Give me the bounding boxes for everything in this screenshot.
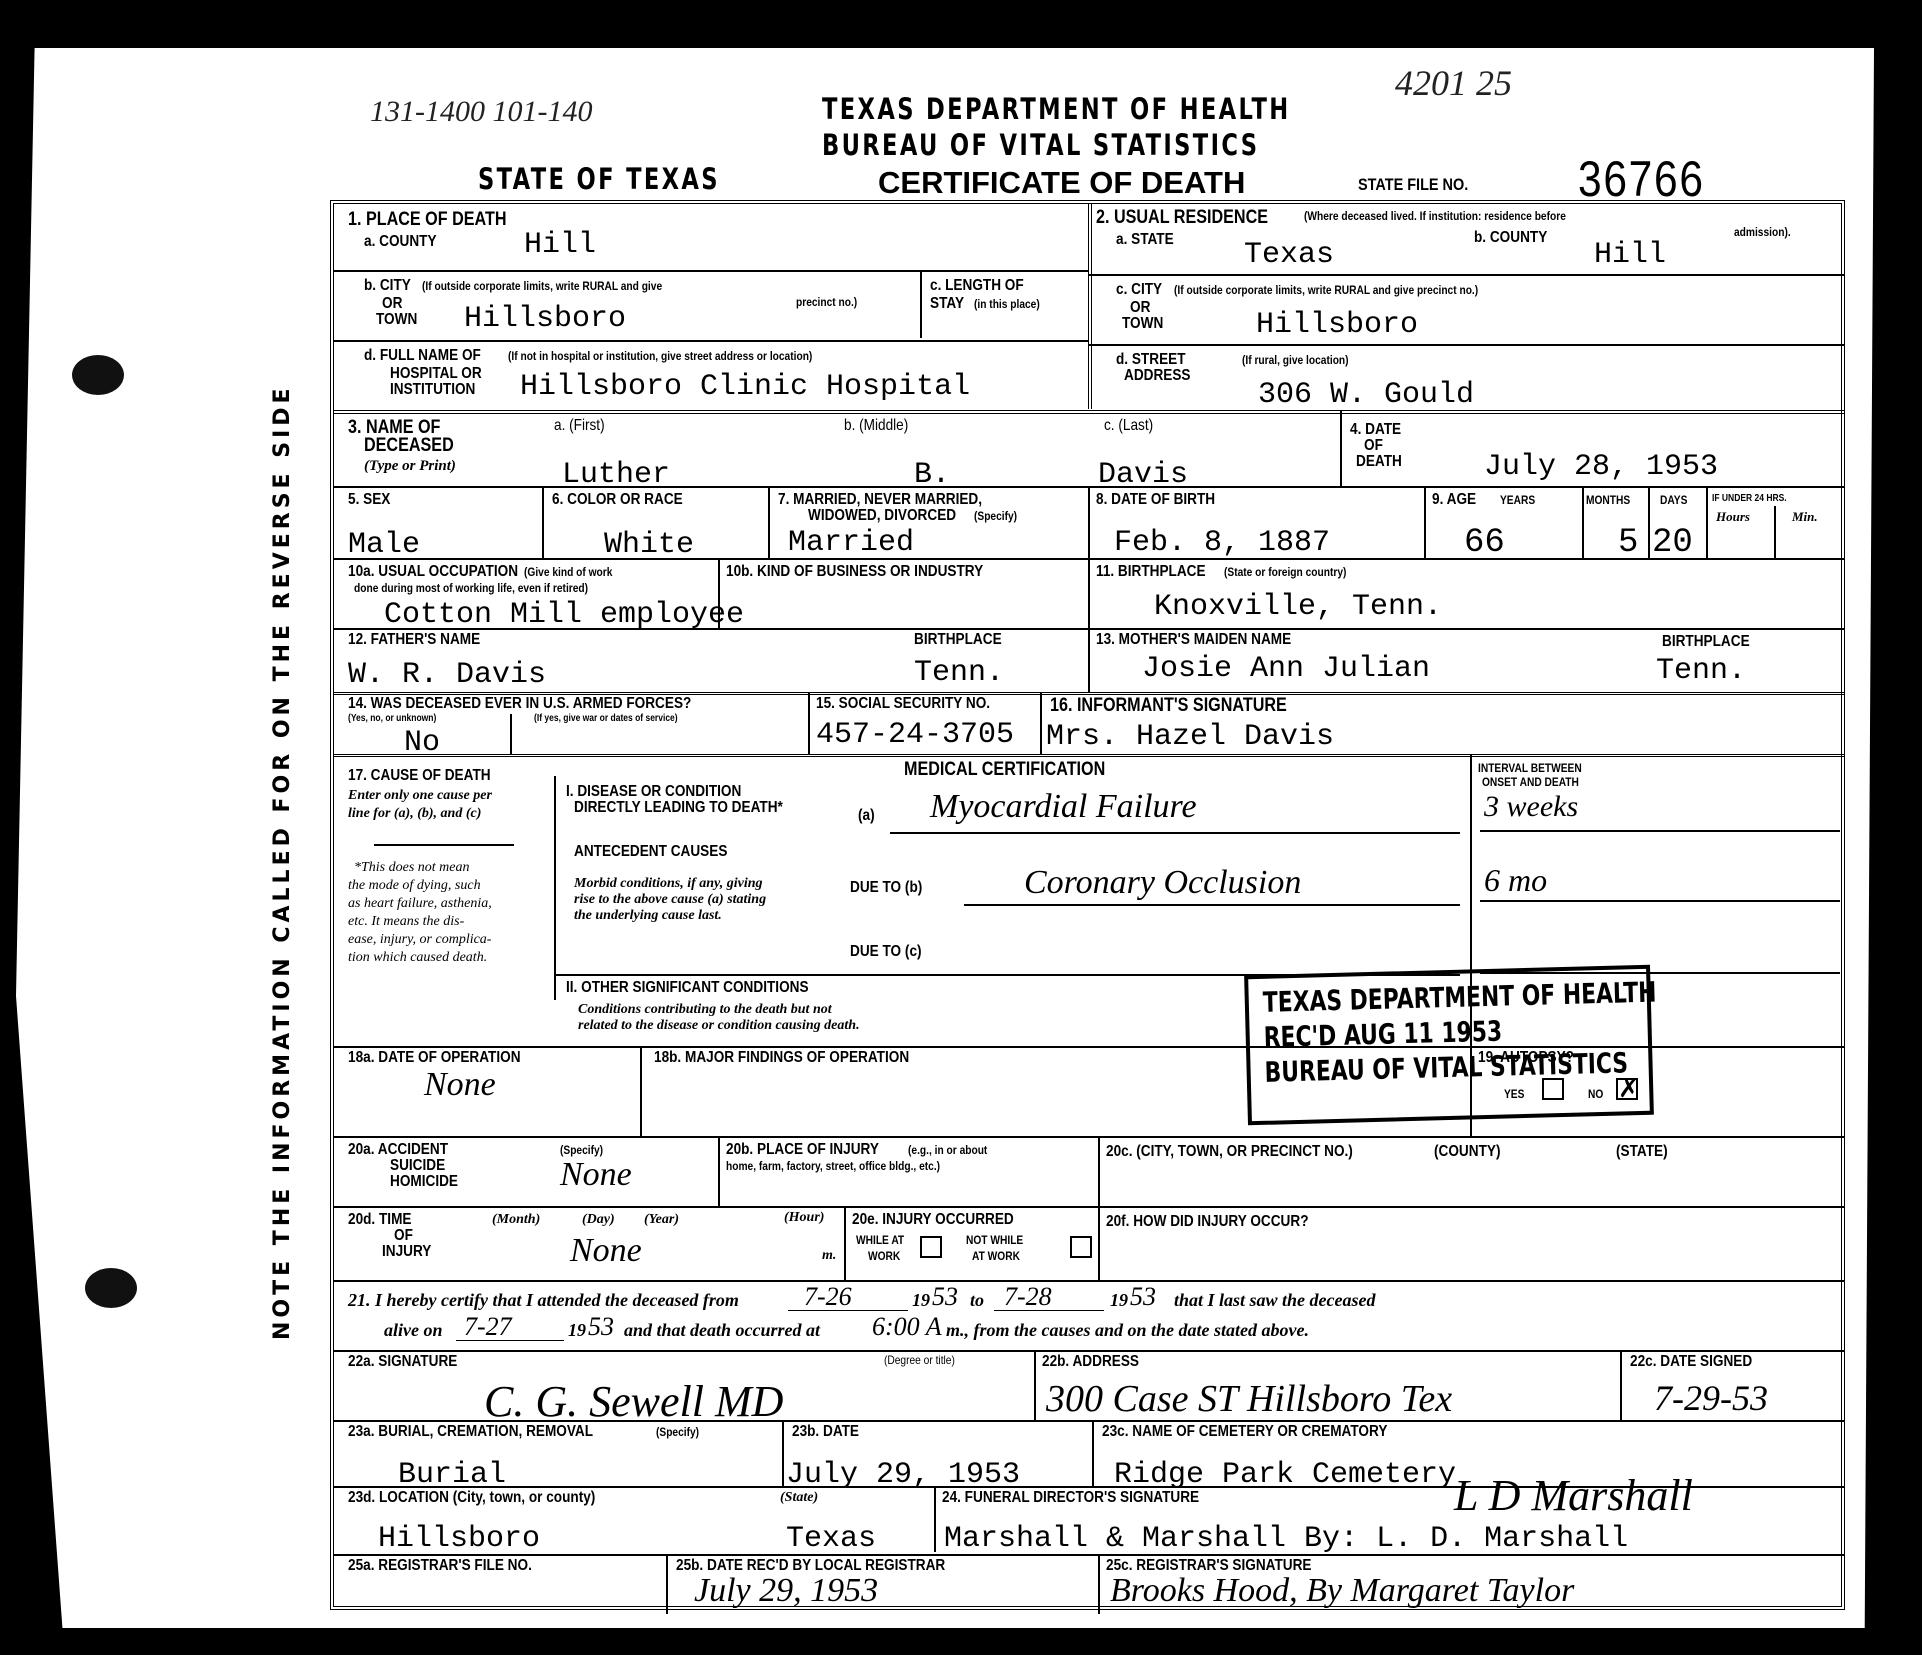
cemetery-label: 23c. NAME OF CEMETERY OR CREMATORY (1102, 1424, 1387, 1441)
cause-b-field[interactable]: Coronary Occlusion (1024, 866, 1301, 900)
hours-label: Hours (1716, 510, 1750, 525)
injury-county-label: (COUNTY) (1434, 1144, 1500, 1161)
burial-type-label: 23a. BURIAL, CREMATION, REMOVAL (348, 1424, 593, 1441)
birthplace-label: 11. BIRTHPLACE (1096, 564, 1206, 581)
res-city-label: c. CITY (1116, 282, 1162, 299)
stay-label: c. LENGTH OF (930, 278, 1024, 295)
industry-label: 10b. KIND OF BUSINESS OR INDUSTRY (726, 564, 983, 581)
informant-field[interactable]: Mrs. Hazel Davis (1046, 722, 1334, 752)
date-signed-label: 22c. DATE SIGNED (1630, 1354, 1752, 1371)
cause-a-label: (a) (858, 808, 875, 825)
cause-note-1: Enter only one cause per (348, 788, 492, 804)
informant-label: 16. INFORMANT'S SIGNATURE (1050, 696, 1287, 716)
burial-state-label: (State) (780, 1490, 818, 1506)
injury-place-note: (e.g., in or about (908, 1144, 987, 1157)
hour-label: (Hour) (784, 1210, 824, 1226)
marital-note: (Specify) (974, 510, 1017, 523)
not-work-label-2: AT WORK (972, 1250, 1020, 1263)
last-name-label: c. (Last) (1104, 418, 1153, 435)
armed-note: (Yes, no, or unknown) (348, 714, 436, 725)
degree-label: (Degree or title) (884, 1354, 955, 1367)
cause-note-2: line for (a), (b), and (c) (348, 806, 481, 822)
res-state-field[interactable]: Texas (1244, 240, 1334, 270)
autopsy-no-checkbox[interactable]: ✗ (1616, 1078, 1638, 1100)
injury-place-label: 20b. PLACE OF INJURY (726, 1142, 879, 1159)
usual-residence-title: 2. USUAL RESIDENCE (1096, 208, 1268, 228)
other-conditions-label: II. OTHER SIGNIFICANT CONDITIONS (566, 980, 809, 997)
reverse-side-note: NOTE THE INFORMATION CALLED FOR ON THE R… (270, 384, 295, 1340)
funeral-director-label: 24. FUNERAL DIRECTOR'S SIGNATURE (942, 1490, 1199, 1507)
under-24-label: IF UNDER 24 HRS. (1712, 494, 1787, 505)
time-label-3: INJURY (382, 1244, 431, 1261)
res-city-field[interactable]: Hillsboro (1256, 310, 1418, 340)
birthplace-note: (State or foreign country) (1224, 566, 1346, 579)
physician-address-label: 22b. ADDRESS (1042, 1354, 1139, 1371)
year-label: (Year) (644, 1212, 679, 1228)
while-at-work-checkbox[interactable] (920, 1236, 942, 1258)
last-seen-year-field[interactable]: 53 (588, 1314, 614, 1340)
due-to-c-label: DUE TO (c) (850, 944, 922, 961)
burial-specify-note: (Specify) (656, 1426, 699, 1439)
sex-label: 5. SEX (348, 492, 390, 509)
antecedent-note-3: the underlying cause last. (574, 908, 722, 924)
op-date-field[interactable]: None (424, 1068, 496, 1102)
certificate-title: CERTIFICATE OF DEATH (878, 165, 1245, 201)
burial-location-field[interactable]: Hillsboro (378, 1524, 540, 1554)
physician-address-field[interactable]: 300 Case ST Hillsboro Tex (1046, 1380, 1452, 1418)
month-label: (Month) (492, 1212, 540, 1228)
injury-state-label: (STATE) (1616, 1144, 1668, 1161)
burial-state-field[interactable]: Texas (786, 1524, 876, 1554)
date-of-birth-field[interactable]: Feb. 8, 1887 (1114, 528, 1330, 558)
father-birthplace-field[interactable]: Tenn. (914, 658, 1004, 688)
res-county-label: b. COUNTY (1474, 230, 1547, 247)
funeral-director-signature[interactable]: L D Marshall (1454, 1474, 1693, 1518)
res-state-label: a. STATE (1116, 232, 1174, 249)
name-label-2: DECEASED (364, 436, 454, 456)
birthplace-field[interactable]: Knoxville, Tenn. (1154, 592, 1442, 622)
dod-label-3: DEATH (1356, 454, 1402, 471)
date-signed-field[interactable]: 7-29-53 (1654, 1380, 1768, 1416)
date-of-death-field[interactable]: July 28, 1953 (1484, 452, 1718, 482)
state-file-label: STATE FILE NO. (1358, 176, 1468, 194)
race-label: 6. COLOR OR RACE (552, 492, 683, 509)
stay-note: (in this place) (974, 298, 1040, 311)
injury-time-field[interactable]: None (570, 1234, 642, 1268)
months-label: MONTHS (1586, 494, 1630, 507)
footnote-5: ease, injury, or complica- (348, 932, 491, 948)
antecedent-note-1: Morbid conditions, if any, giving (574, 876, 763, 892)
interval-a-field[interactable]: 3 weeks (1484, 792, 1578, 822)
ssn-label: 15. SOCIAL SECURITY NO. (816, 696, 990, 713)
father-name-field[interactable]: W. R. Davis (348, 660, 546, 690)
other-note-2: related to the disease or condition caus… (578, 1018, 860, 1034)
certify-line1-b: that I last saw the deceased (1174, 1290, 1376, 1311)
stay-label-2: STAY (930, 296, 964, 313)
first-name-label: a. (First) (554, 418, 605, 435)
name-note: (Type or Print) (364, 458, 456, 475)
injury-type-field[interactable]: None (560, 1158, 632, 1192)
autopsy-yes-checkbox[interactable] (1542, 1078, 1564, 1100)
attended-to-year-field[interactable]: 53 (1130, 1284, 1156, 1310)
dept-title: TEXAS DEPARTMENT OF HEALTH (822, 92, 1291, 126)
hospital-label-3: INSTITUTION (390, 382, 475, 399)
interval-label-2: ONSET AND DEATH (1482, 776, 1579, 789)
homicide-label: HOMICIDE (390, 1174, 458, 1191)
received-stamp: TEXAS DEPARTMENT OF HEALTH REC'D AUG 11 … (1244, 965, 1654, 1126)
time-of-death-field[interactable]: 6:00 A (872, 1314, 942, 1340)
injury-city-label: 20c. (CITY, TOWN, OR PRECINCT NO.) (1106, 1144, 1353, 1161)
death-county-field[interactable]: Hill (524, 230, 596, 260)
antecedent-note-2: rise to the above cause (a) stating (574, 892, 766, 908)
due-to-b-label: DUE TO (b) (850, 880, 922, 897)
residence-note: (Where deceased lived. If institution: r… (1304, 210, 1566, 223)
day-label: (Day) (582, 1212, 615, 1228)
father-label: 12. FATHER'S NAME (348, 632, 480, 649)
ssn-field[interactable]: 457-24-3705 (816, 720, 1014, 750)
attended-to-field[interactable]: 7-28 (1004, 1284, 1052, 1310)
signature-label: 22a. SIGNATURE (348, 1354, 457, 1371)
res-street-field[interactable]: 306 W. Gould (1258, 380, 1474, 410)
city-note: (If outside corporate limits, write RURA… (422, 280, 662, 293)
occupation-field[interactable]: Cotton Mill employee (384, 600, 744, 630)
not-work-label: NOT WHILE (966, 1234, 1023, 1247)
street-label-2: ADDRESS (1124, 368, 1190, 385)
punch-hole (72, 355, 124, 395)
middle-name-label: b. (Middle) (844, 418, 908, 435)
age-label: 9. AGE (1432, 492, 1476, 509)
specify-note: (Specify) (560, 1144, 603, 1157)
to-label: to (970, 1290, 984, 1311)
while-work-label-2: WORK (868, 1250, 900, 1263)
town-label: TOWN (1122, 316, 1163, 333)
father-birthplace-label: BIRTHPLACE (914, 632, 1002, 649)
year-prefix: 19 (1110, 1290, 1128, 1311)
armed-note-2: (If yes, give war or dates of service) (534, 714, 678, 725)
footnote-2: the mode of dying, such (348, 878, 481, 894)
min-label: Min. (1792, 510, 1818, 525)
town-label: TOWN (376, 312, 417, 329)
footnote-1: *This does not mean (354, 860, 470, 876)
antecedent-label: ANTECEDENT CAUSES (574, 844, 727, 861)
punch-hole (85, 1268, 137, 1308)
days-label: DAYS (1660, 494, 1687, 507)
city-note-2: precinct no.) (796, 296, 857, 309)
res-county-field[interactable]: Hill (1594, 240, 1666, 270)
year-prefix: 19 (912, 1290, 930, 1311)
sex-field[interactable]: Male (348, 530, 420, 560)
marital-field[interactable]: Married (788, 528, 914, 558)
hospital-field[interactable]: Hillsboro Clinic Hospital (520, 372, 970, 402)
registrar-date-field[interactable]: July 29, 1953 (694, 1574, 878, 1608)
injury-place-note-2: home, farm, factory, street, office bldg… (726, 1160, 940, 1173)
years-label: YEARS (1500, 494, 1535, 507)
death-city-field[interactable]: Hillsboro (464, 304, 626, 334)
occupation-note-2: done during most of working life, even i… (354, 582, 588, 595)
footnote-3: as heart failure, asthenia, (348, 896, 492, 912)
while-work-label: WHILE AT (856, 1234, 904, 1247)
attended-from-field[interactable]: 7-26 (804, 1284, 852, 1310)
age-years-field[interactable]: 66 (1464, 526, 1505, 560)
place-of-death-title: 1. PLACE OF DEATH (348, 210, 507, 230)
mother-birthplace-field[interactable]: Tenn. (1656, 656, 1746, 686)
race-field[interactable]: White (604, 530, 694, 560)
city-label: b. CITY (364, 278, 411, 295)
medical-certification-title: MEDICAL CERTIFICATION (904, 760, 1105, 780)
registrar-signature-field[interactable]: Brooks Hood, By Margaret Taylor (1110, 1574, 1574, 1608)
state-title: STATE OF TEXAS (478, 162, 720, 196)
other-note-1: Conditions contributing to the death but… (578, 1002, 832, 1018)
residence-note-2: admission). (1734, 226, 1791, 239)
how-injury-label: 20f. HOW DID INJURY OCCUR? (1106, 1214, 1309, 1231)
autopsy-label: 19. AUTOPSY? (1478, 1050, 1574, 1067)
autopsy-yes-label: YES (1504, 1088, 1524, 1101)
injury-occurred-label: 20e. INJURY OCCURRED (852, 1212, 1014, 1229)
autopsy-no-label: NO (1588, 1088, 1603, 1101)
interval-label: INTERVAL BETWEEN (1478, 762, 1582, 775)
certify-line2-a: alive on (384, 1320, 443, 1341)
footnote-6: tion which caused death. (348, 950, 487, 966)
armed-forces-label: 14. WAS DECEASED EVER IN U.S. ARMED FORC… (348, 696, 691, 713)
certify-line2-b: and that death occurred at (624, 1320, 820, 1341)
marital-label-2: WIDOWED, DIVORCED (808, 508, 956, 525)
op-date-label: 18a. DATE OF OPERATION (348, 1050, 521, 1067)
physician-signature[interactable]: C. G. Sewell MD (484, 1380, 783, 1424)
registrar-file-label: 25a. REGISTRAR'S FILE NO. (348, 1558, 532, 1575)
interval-b-field[interactable]: 6 mo (1484, 864, 1547, 896)
age-days-field[interactable]: 20 (1652, 526, 1693, 560)
last-seen-field[interactable]: 7-27 (464, 1314, 512, 1340)
handwritten-note-right: 4201 25 (1395, 62, 1512, 104)
burial-location-label: 23d. LOCATION (City, town, or county) (348, 1490, 595, 1507)
mother-name-field[interactable]: Josie Ann Julian (1142, 654, 1430, 684)
footnote-4: etc. It means the dis- (348, 914, 464, 930)
occupation-note: (Give kind of work (524, 566, 612, 579)
m-label: m. (822, 1248, 836, 1264)
op-findings-label: 18b. MAJOR FINDINGS OF OPERATION (654, 1050, 909, 1067)
burial-date-label: 23b. DATE (792, 1424, 859, 1441)
bureau-title: BUREAU OF VITAL STATISTICS (822, 128, 1259, 162)
mother-label: 13. MOTHER'S MAIDEN NAME (1096, 632, 1291, 649)
year-prefix: 19 (568, 1320, 586, 1341)
funeral-director-field[interactable]: Marshall & Marshall By: L. D. Marshall (944, 1524, 1628, 1554)
dob-label: 8. DATE OF BIRTH (1096, 492, 1215, 509)
death-certificate-form: 1. PLACE OF DEATH a. COUNTY Hill b. CITY… (330, 200, 1845, 1610)
county-label: a. COUNTY (364, 234, 437, 251)
occupation-label: 10a. USUAL OCCUPATION (348, 564, 518, 581)
age-months-field[interactable]: 5 (1618, 526, 1638, 560)
handwritten-note-left: 131-1400 101-140 (370, 95, 592, 129)
street-note: (If rural, give location) (1242, 354, 1349, 367)
cause-label: 17. CAUSE OF DEATH (348, 768, 491, 785)
attended-from-year-field[interactable]: 53 (932, 1284, 958, 1310)
mother-birthplace-label: BIRTHPLACE (1662, 634, 1750, 651)
part1-label-2: DIRECTLY LEADING TO DEATH* (574, 800, 783, 817)
not-at-work-checkbox[interactable] (1070, 1236, 1092, 1258)
cause-a-field[interactable]: Myocardial Failure (930, 790, 1197, 824)
certify-line1-a: 21. I hereby certify that I attended the… (348, 1290, 739, 1311)
hospital-note: (If not in hospital or institution, give… (508, 350, 812, 363)
hospital-label: d. FULL NAME OF (364, 348, 481, 365)
certify-line2-c: m., from the causes and on the date stat… (946, 1320, 1309, 1341)
res-city-note: (If outside corporate limits, write RURA… (1174, 284, 1478, 297)
